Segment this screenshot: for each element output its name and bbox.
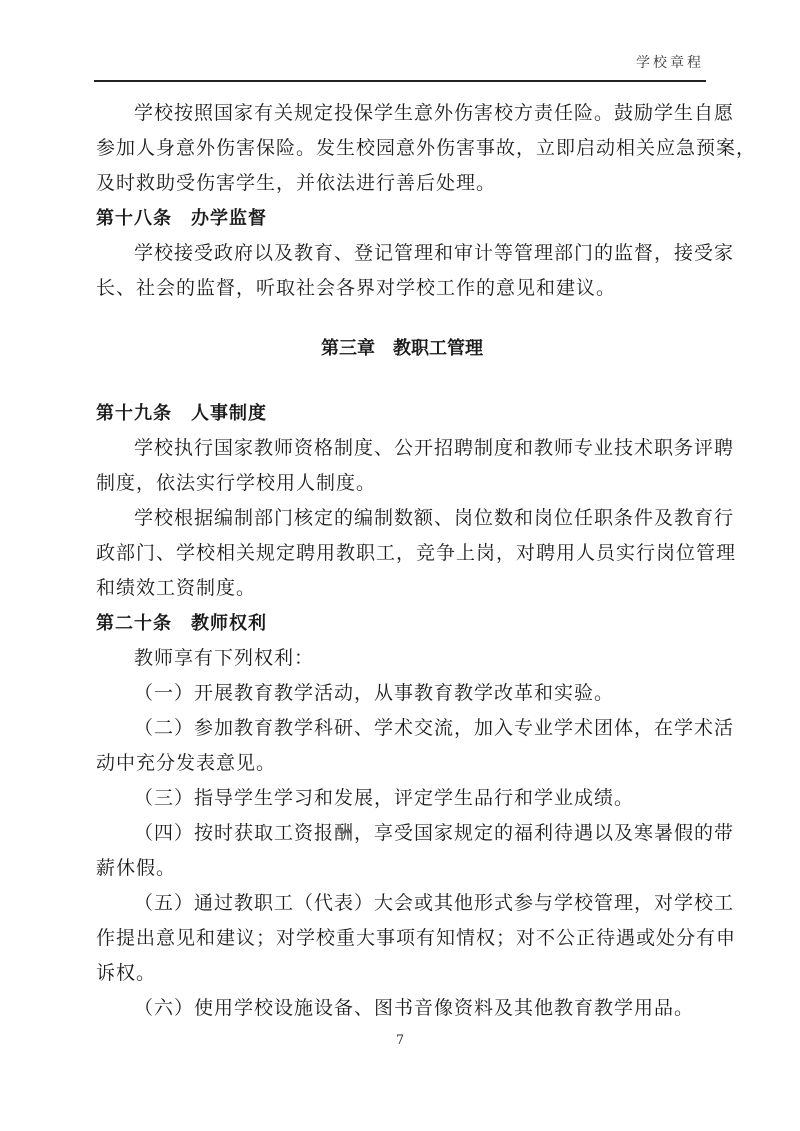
list-item-line: 诉权。 — [96, 956, 708, 991]
list-item-line: （一）开展教育教学活动，从事教育教学改革和实验。 — [96, 676, 708, 711]
paragraph-line: 政部门、学校相关规定聘用教职工，竞争上岗，对聘用人员实行岗位管理 — [96, 536, 708, 571]
list-item-line: 作提出意见和建议；对学校重大事项有知情权；对不公正待遇或处分有申 — [96, 921, 708, 956]
document-body: 学校按照国家有关规定投保学生意外伤害校方责任险。鼓励学生自愿 参加人身意外伤害保… — [96, 96, 708, 1026]
article-20-heading: 第二十条 教师权利 — [96, 606, 708, 641]
article-18-heading: 第十八条 办学监督 — [96, 201, 708, 236]
paragraph-line: 和绩效工资制度。 — [96, 571, 708, 606]
page-number: 7 — [0, 1033, 800, 1048]
chapter-3-heading: 第三章 教职工管理 — [96, 331, 708, 366]
paragraph-line: 长、社会的监督，听取社会各界对学校工作的意见和建议。 — [96, 271, 708, 306]
list-item-line: 薪休假。 — [96, 851, 708, 886]
paragraph-line: 学校按照国家有关规定投保学生意外伤害校方责任险。鼓励学生自愿 — [96, 96, 708, 131]
paragraph-line: 学校根据编制部门核定的编制数额、岗位数和岗位任职条件及教育行 — [96, 501, 708, 536]
article-19-heading: 第十九条 人事制度 — [96, 396, 708, 431]
header-rule — [94, 80, 706, 82]
header-title: 学校章程 — [636, 52, 704, 72]
paragraph-line: 教师享有下列权利： — [96, 641, 708, 676]
spacer — [96, 366, 708, 396]
spacer — [96, 306, 708, 331]
list-item-line: （五）通过教职工（代表）大会或其他形式参与学校管理，对学校工 — [96, 886, 708, 921]
paragraph-line: 及时救助受伤害学生，并依法进行善后处理。 — [96, 166, 708, 201]
list-item-line: 动中充分发表意见。 — [96, 746, 708, 781]
list-item-line: （三）指导学生学习和发展，评定学生品行和学业成绩。 — [96, 781, 708, 816]
list-item-line: （六）使用学校设施设备、图书音像资料及其他教育教学用品。 — [96, 991, 708, 1026]
paragraph-line: 参加人身意外伤害保险。发生校园意外伤害事故，立即启动相关应急预案， — [96, 131, 708, 166]
list-item-line: （四）按时获取工资报酬，享受国家规定的福利待遇以及寒暑假的带 — [96, 816, 708, 851]
paragraph-line: 学校接受政府以及教育、登记管理和审计等管理部门的监督，接受家 — [96, 236, 708, 271]
paragraph-line: 学校执行国家教师资格制度、公开招聘制度和教师专业技术职务评聘 — [96, 431, 708, 466]
paragraph-line: 制度，依法实行学校用人制度。 — [96, 466, 708, 501]
list-item-line: （二）参加教育教学科研、学术交流，加入专业学术团体，在学术活 — [96, 711, 708, 746]
